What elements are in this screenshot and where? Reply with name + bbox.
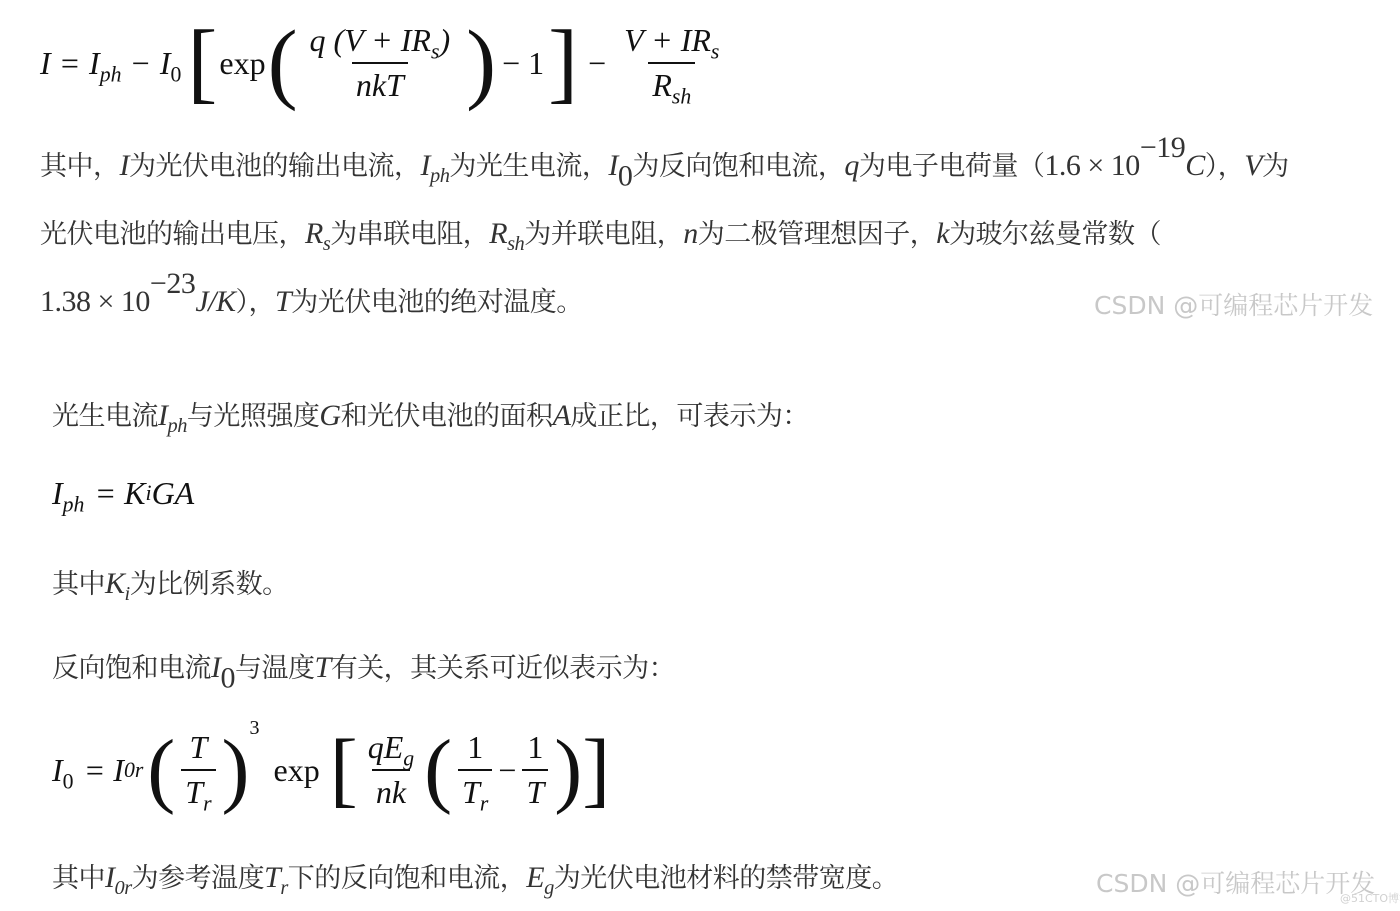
equation-saturation-current: I0 = I0r ( TTr )3 exp [ qEgnk ( 1Tr − 1T…: [52, 722, 610, 818]
left-bracket: [: [187, 18, 217, 108]
watermark-csdn: CSDN @可编程芯片开发: [1094, 286, 1373, 322]
right-paren: ): [466, 18, 496, 108]
fraction: V + IRs Rsh: [620, 22, 723, 104]
watermark-51cto: @51CTO博客: [1340, 890, 1400, 906]
paragraph-proportional-coefficient: 其中Ki为比例系数。: [52, 562, 289, 601]
paragraph-variable-definitions-line-2: 光伏电池的输出电压，Rs为串联电阻，Rsh为并联电阻，n为二极管理想因子，k为玻…: [40, 212, 1161, 251]
paragraph-saturation-current: 反向饱和电流I0与温度T有关，其关系可近似表示为：: [52, 646, 675, 685]
equation-photovoltaic-current: I = Iph − I0 [ exp ( q (V + IRs) nkT ) −…: [40, 18, 729, 108]
paragraph-variable-definitions-line-3: 1.38 × 10−23J/K），T为光伏电池的绝对温度。: [40, 280, 583, 319]
watermark-csdn-bottom: CSDN @可编程芯片开发: [1096, 864, 1375, 900]
fraction: q (V + IRs) nkT: [306, 22, 455, 104]
left-paren: (: [268, 18, 298, 108]
paragraph-variable-definitions-line-1: 其中，I为光伏电池的输出电流，Iph为光生电流，I0为反向饱和电流，q为电子电荷…: [40, 144, 1289, 183]
equation-photocurrent: Iph = KiGA: [52, 474, 194, 512]
right-bracket: ]: [548, 18, 578, 108]
paragraph-reference-definitions: 其中I0r为参考温度Tr下的反向饱和电流，Eg为光伏电池材料的禁带宽度。: [52, 856, 898, 895]
paragraph-photocurrent: 光生电流Iph与光照强度G和光伏电池的面积A成正比，可表示为：: [52, 394, 809, 433]
